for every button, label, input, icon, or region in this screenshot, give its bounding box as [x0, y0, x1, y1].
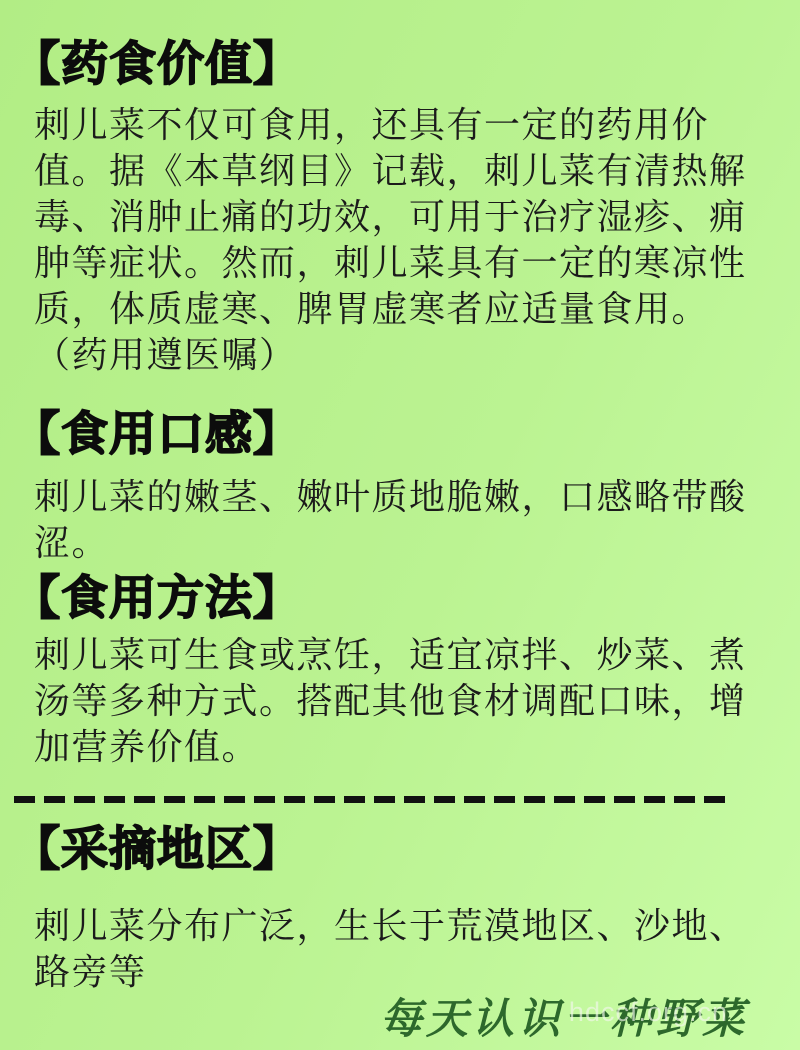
section-divider-dashed-line [14, 796, 732, 803]
site-watermark: hdccf.org.cn [569, 997, 728, 1028]
section-body-eating-methods: 刺儿菜可生食或烹饪，适宜凉拌、炒菜、煮 汤等多种方式。搭配其他食材调配口味，增 … [0, 632, 800, 770]
section-heading-eating-methods: 【食用方法】 [0, 570, 800, 626]
section-body-taste: 刺儿菜的嫩茎、嫩叶质地脆嫩，口感略带酸 涩。 [0, 474, 800, 566]
section-heading-harvest-area: 【采摘地区】 [0, 821, 800, 877]
body-line: 刺儿菜分布广泛，生长于荒漠地区、沙地、 [34, 903, 780, 949]
section-body-harvest-area: 刺儿菜分布广泛，生长于荒漠地区、沙地、 路旁等 [0, 903, 800, 995]
section-heading-taste: 【食用口感】 [0, 406, 800, 462]
section-heading-medicinal-value: 【药食价值】 [0, 36, 800, 92]
body-line: 加营养价值。 [34, 724, 780, 770]
body-line: 值。据《本草纲目》记载，刺儿菜有清热解 [34, 148, 780, 194]
wild-vegetable-info-card: 【药食价值】 刺儿菜不仅可食用，还具有一定的药用价 值。据《本草纲目》记载，刺儿… [0, 0, 800, 1050]
body-line: 刺儿菜不仅可食用，还具有一定的药用价 [34, 102, 780, 148]
section-taste: 【食用口感】 刺儿菜的嫩茎、嫩叶质地脆嫩，口感略带酸 涩。 [0, 406, 800, 566]
body-line: 刺儿菜可生食或烹饪，适宜凉拌、炒菜、煮 [34, 632, 780, 678]
body-line: （药用遵医嘱） [34, 332, 780, 378]
body-line: 涩。 [34, 520, 780, 566]
section-eating-methods: 【食用方法】 刺儿菜可生食或烹饪，适宜凉拌、炒菜、煮 汤等多种方式。搭配其他食材… [0, 570, 800, 770]
section-medicinal-value: 【药食价值】 刺儿菜不仅可食用，还具有一定的药用价 值。据《本草纲目》记载，刺儿… [0, 36, 800, 378]
section-body-medicinal-value: 刺儿菜不仅可食用，还具有一定的药用价 值。据《本草纲目》记载，刺儿菜有清热解 毒… [0, 102, 800, 378]
body-line: 毒、消肿止痛的功效，可用于治疗湿疹、痈 [34, 194, 780, 240]
footer: 每天认识一种野菜 hdccf.org.cn [0, 986, 800, 1050]
section-harvest-area: 【采摘地区】 刺儿菜分布广泛，生长于荒漠地区、沙地、 路旁等 [0, 821, 800, 995]
body-line: 质，体质虚寒、脾胃虚寒者应适量食用。 [34, 286, 780, 332]
body-line: 汤等多种方式。搭配其他食材调配口味，增 [34, 678, 780, 724]
body-line: 刺儿菜的嫩茎、嫩叶质地脆嫩，口感略带酸 [34, 474, 780, 520]
body-line: 肿等症状。然而，刺儿菜具有一定的寒凉性 [34, 240, 780, 286]
